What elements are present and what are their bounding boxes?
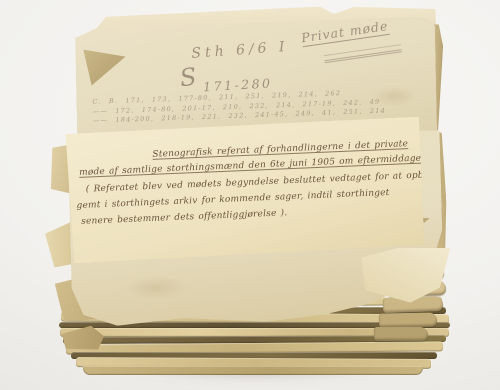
folded-corner — [83, 49, 126, 86]
pencil-page-prefix: S — [178, 62, 198, 92]
sheet-edge — [83, 366, 423, 375]
handwritten-note-card: Stenografisk referat af forhandlingerne … — [65, 117, 424, 264]
photograph-of-document-stack: Sth 6/6 I Privat møde S 171-280 C. B. 17… — [0, 0, 500, 390]
scribbled-out-word — [323, 40, 402, 63]
pencil-title: Sth 6/6 I — [191, 39, 289, 62]
handwriting-line: senere bestemmer dets offentliggjørelse … — [81, 208, 288, 227]
sheet-corner — [379, 312, 437, 327]
age-stain — [111, 269, 202, 305]
sheet-corner — [374, 327, 428, 341]
